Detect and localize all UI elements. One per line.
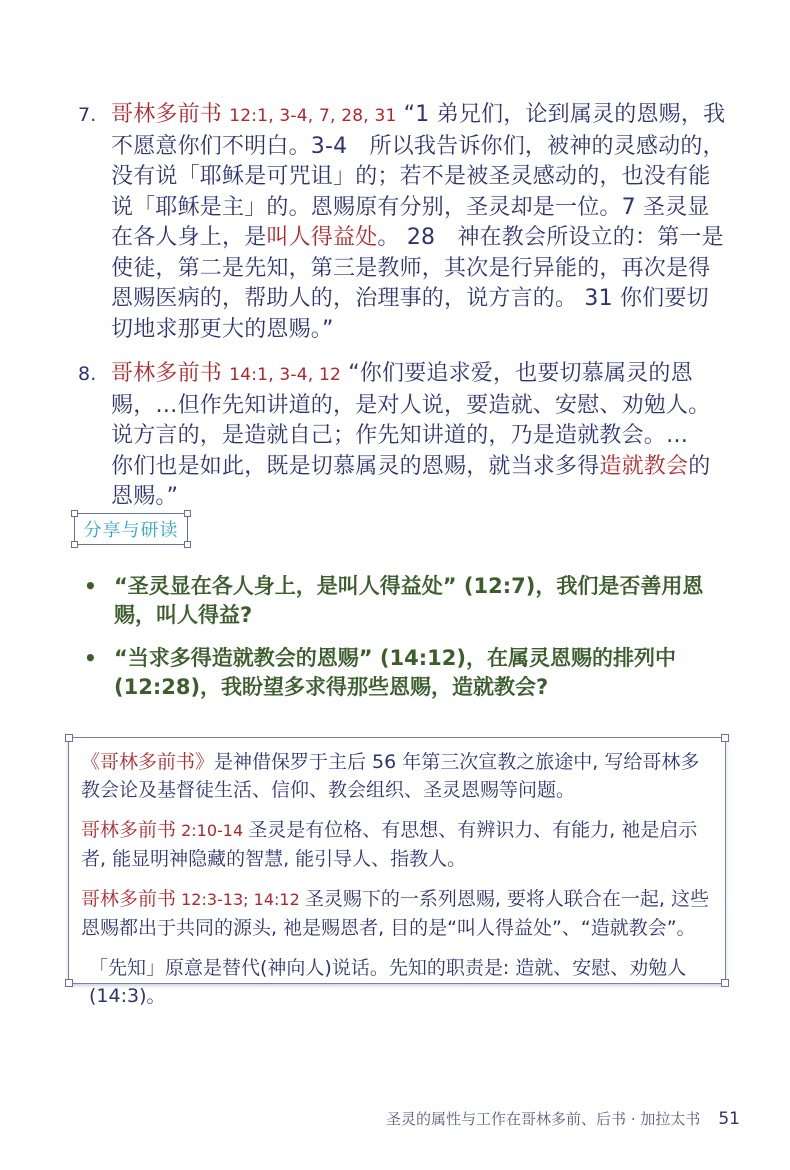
corner-ornament-icon <box>65 734 73 742</box>
note-reference-book: 哥林多前书 <box>81 888 176 910</box>
section-tag: 分享与研读 <box>74 513 188 545</box>
note-paragraph: 《哥林多前书》是神借保罗于主后 56 年第三次宣教之旅途中, 写给哥林多教会论及… <box>81 748 717 804</box>
verse-reference-numbers: 14:1, 3-4, 12 <box>229 365 341 385</box>
page-footer: 圣灵的属性与工作在哥林多前、后书 · 加拉太书51 <box>386 1108 740 1129</box>
corner-ornament-icon <box>721 979 729 987</box>
verse-number: 7. <box>78 100 97 131</box>
page-number: 51 <box>718 1109 740 1129</box>
verse-number: 8. <box>78 359 97 390</box>
verse-reference-book: 哥林多前书 <box>111 102 222 127</box>
verse-item-8: 8. 哥林多前书 14:1, 3-4, 12 “你们要追求爱，也要切慕属灵的恩赐… <box>78 359 728 513</box>
question-text: “圣灵显在各人身上，是叫人得益处” (12:7)，我们是否善用恩赐，叫人得益? <box>114 574 703 627</box>
note-reference-book: 哥林多前书 <box>81 819 176 841</box>
corner-ornament-icon <box>184 510 191 517</box>
corner-ornament-icon <box>184 541 191 548</box>
verse-highlight: 叫人得益处 <box>266 225 377 250</box>
verse-highlight: 造就教会 <box>599 454 688 479</box>
corner-ornament-icon <box>65 979 73 987</box>
note-paragraph: 哥林多前书 2:10-14 圣灵是有位格、有思想、有辨识力、有能力, 祂是启示者… <box>81 816 717 873</box>
bullet-icon: • <box>84 644 97 673</box>
verse-reference-numbers: 12:1, 3-4, 7, 28, 31 <box>229 106 396 126</box>
note-reference-numbers: 12:3-13; 14:12 <box>176 890 305 909</box>
note-reference-book: 《哥林多前书》 <box>81 751 214 773</box>
question-text: “当求多得造就教会的恩赐” (14:12)，在属灵恩赐的排列中 (12:28)，… <box>114 646 676 699</box>
corner-ornament-icon <box>71 510 78 517</box>
bullet-icon: • <box>84 572 97 601</box>
verse-list: 7. 哥林多前书 12:1, 3-4, 7, 28, 31 “1 弟兄们，论到属… <box>78 100 728 527</box>
section-tag-label: 分享与研读 <box>84 516 179 542</box>
question-item: • “圣灵显在各人身上，是叫人得益处” (12:7)，我们是否善用恩赐，叫人得益… <box>84 572 734 630</box>
verse-item-7: 7. 哥林多前书 12:1, 3-4, 7, 28, 31 “1 弟兄们，论到属… <box>78 100 728 345</box>
note-text: 「先知」原意是替代(神向人)说话。先知的职责是: 造就、安慰、劝勉人(14:3)… <box>89 957 686 1007</box>
note-reference-numbers: 2:10-14 <box>176 821 248 840</box>
note-paragraph: 哥林多前书 12:3-13; 14:12 圣灵赐下的一系列恩赐, 要将人联合在一… <box>81 885 717 942</box>
discussion-questions: • “圣灵显在各人身上，是叫人得益处” (12:7)，我们是否善用恩赐，叫人得益… <box>84 572 734 716</box>
verse-reference-book: 哥林多前书 <box>111 361 222 386</box>
corner-ornament-icon <box>721 734 729 742</box>
running-title: 圣灵的属性与工作在哥林多前、后书 · 加拉太书 <box>386 1110 700 1128</box>
note-paragraph: 「先知」原意是替代(神向人)说话。先知的职责是: 造就、安慰、劝勉人(14:3)… <box>81 954 717 1010</box>
question-item: • “当求多得造就教会的恩赐” (14:12)，在属灵恩赐的排列中 (12:28… <box>84 644 734 702</box>
notes-box: 《哥林多前书》是神借保罗于主后 56 年第三次宣教之旅途中, 写给哥林多教会论及… <box>68 737 726 984</box>
corner-ornament-icon <box>71 541 78 548</box>
